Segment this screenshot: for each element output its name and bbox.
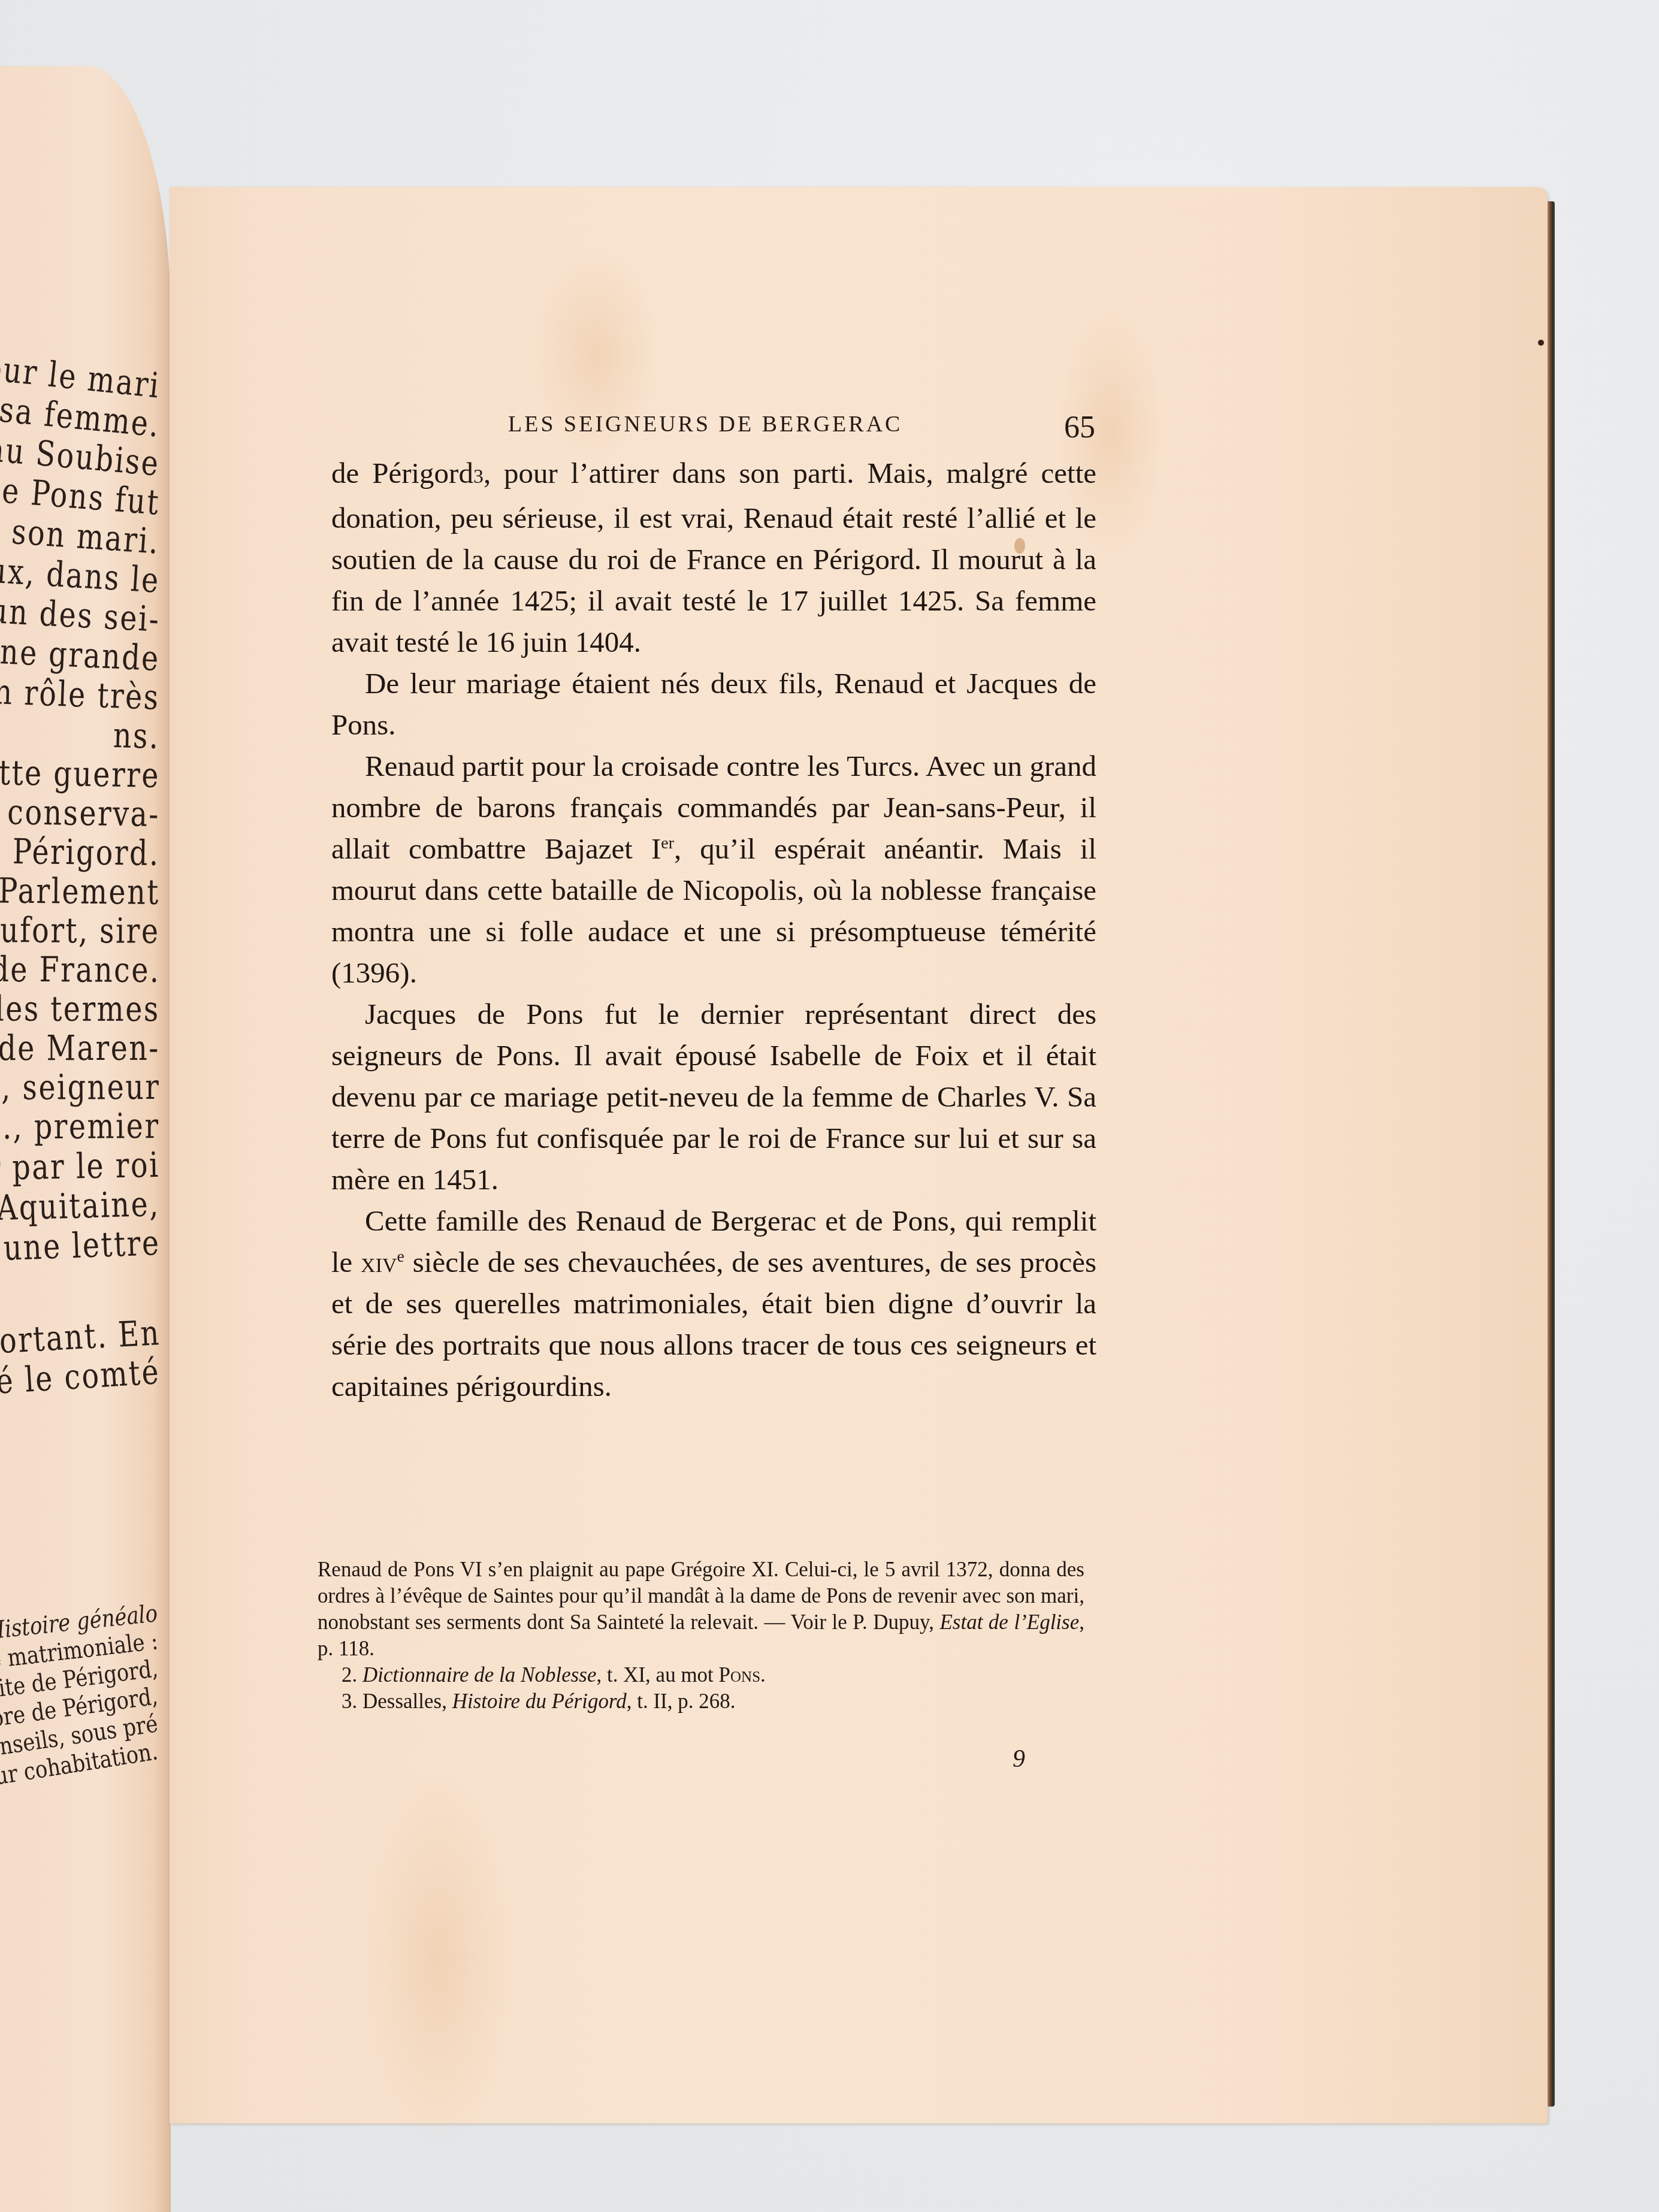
footnote-text: , t. XI, au mot [596, 1663, 718, 1687]
left-page-line: et en Périgord. [0, 830, 160, 874]
left-page-line: omte de Maren- [0, 1028, 160, 1068]
footnotes: Renaud de Pons VI s’en plaignit au pape … [318, 1557, 1084, 1715]
footnote-number: 2. [342, 1663, 357, 1687]
superscript: er [661, 834, 674, 853]
left-page-line: neur par le roi [0, 1144, 161, 1189]
footnote-3: 3. Dessalles, Histoire du Périgord, t. I… [318, 1688, 1084, 1715]
paragraph-text: Jacques de Pons fut le dernier représent… [331, 998, 1096, 1196]
footnote-title: Estat de l’Eglise [939, 1610, 1079, 1634]
left-page-line: nt le conserva- [0, 790, 161, 835]
paragraph: de Périgord3, pour l’attirer dans son pa… [331, 452, 1096, 663]
footnote-smallcaps: Pons [719, 1663, 760, 1687]
paragraph-text: siècle de ses chevauchées, de ses aventu… [331, 1246, 1096, 1403]
paragraph: De leur mariage étaient nés deux fils, R… [331, 663, 1096, 745]
footnote-title: Histoire du Périgord [452, 1690, 627, 1713]
left-page-line: Beaufort, sire [0, 909, 160, 951]
left-page-line: ns. [113, 715, 161, 757]
paragraph: Jacques de Pons fut le dernier représent… [331, 993, 1096, 1200]
paragraph-text: de Périgord [331, 457, 473, 489]
left-page-line: dans une lettre [0, 1222, 161, 1271]
running-head: LES SEIGNEURS DE BERGERAC [508, 411, 1107, 437]
left-page-line: ., etc., premier [0, 1105, 160, 1147]
footnote-title: Dictionnaire de la Noblesse [362, 1663, 596, 1687]
paragraph-text: De leur mariage étaient nés deux fils, R… [331, 667, 1096, 741]
left-page: Un jour le maride sa femme.uveau Soubise… [0, 66, 171, 2212]
left-page-line: renne, seigneur [0, 1066, 160, 1108]
footnote-2: 2. Dictionnaire de la Noblesse, t. XI, a… [318, 1662, 1084, 1688]
footnote-text: . [760, 1663, 766, 1687]
footnote-number: 3. [342, 1690, 357, 1713]
footnote-continued: Renaud de Pons VI s’en plaignit au pape … [318, 1557, 1084, 1662]
century-numeral: xiv [361, 1246, 397, 1279]
signature-mark: 9 [1013, 1745, 1025, 1773]
footnote-text: Dessalles, [362, 1690, 452, 1713]
paragraph: Cette famille des Renaud de Bergerac et … [331, 1200, 1096, 1407]
left-page-line: s cette guerre [0, 751, 161, 796]
page-number: 65 [1064, 410, 1095, 445]
footnote-ref[interactable]: 3 [473, 466, 484, 488]
footnote-text: , t. II, p. 268. [627, 1690, 736, 1713]
left-page-line: , au Parlement [0, 869, 160, 912]
ink-spot [1538, 340, 1544, 346]
left-page-line: donné le comté [0, 1351, 161, 1407]
left-page-line: u roi de France. [0, 948, 160, 990]
paragraph: Renaud partit pour la croisade contre le… [331, 745, 1096, 993]
superscript: e [397, 1247, 404, 1266]
foxing-stain [361, 1769, 517, 2152]
left-page-line: ua un rôle très [0, 669, 161, 718]
left-page-line: ans les termes [0, 988, 160, 1029]
body-text: de Périgord3, pour l’attirer dans son pa… [331, 452, 1096, 1407]
